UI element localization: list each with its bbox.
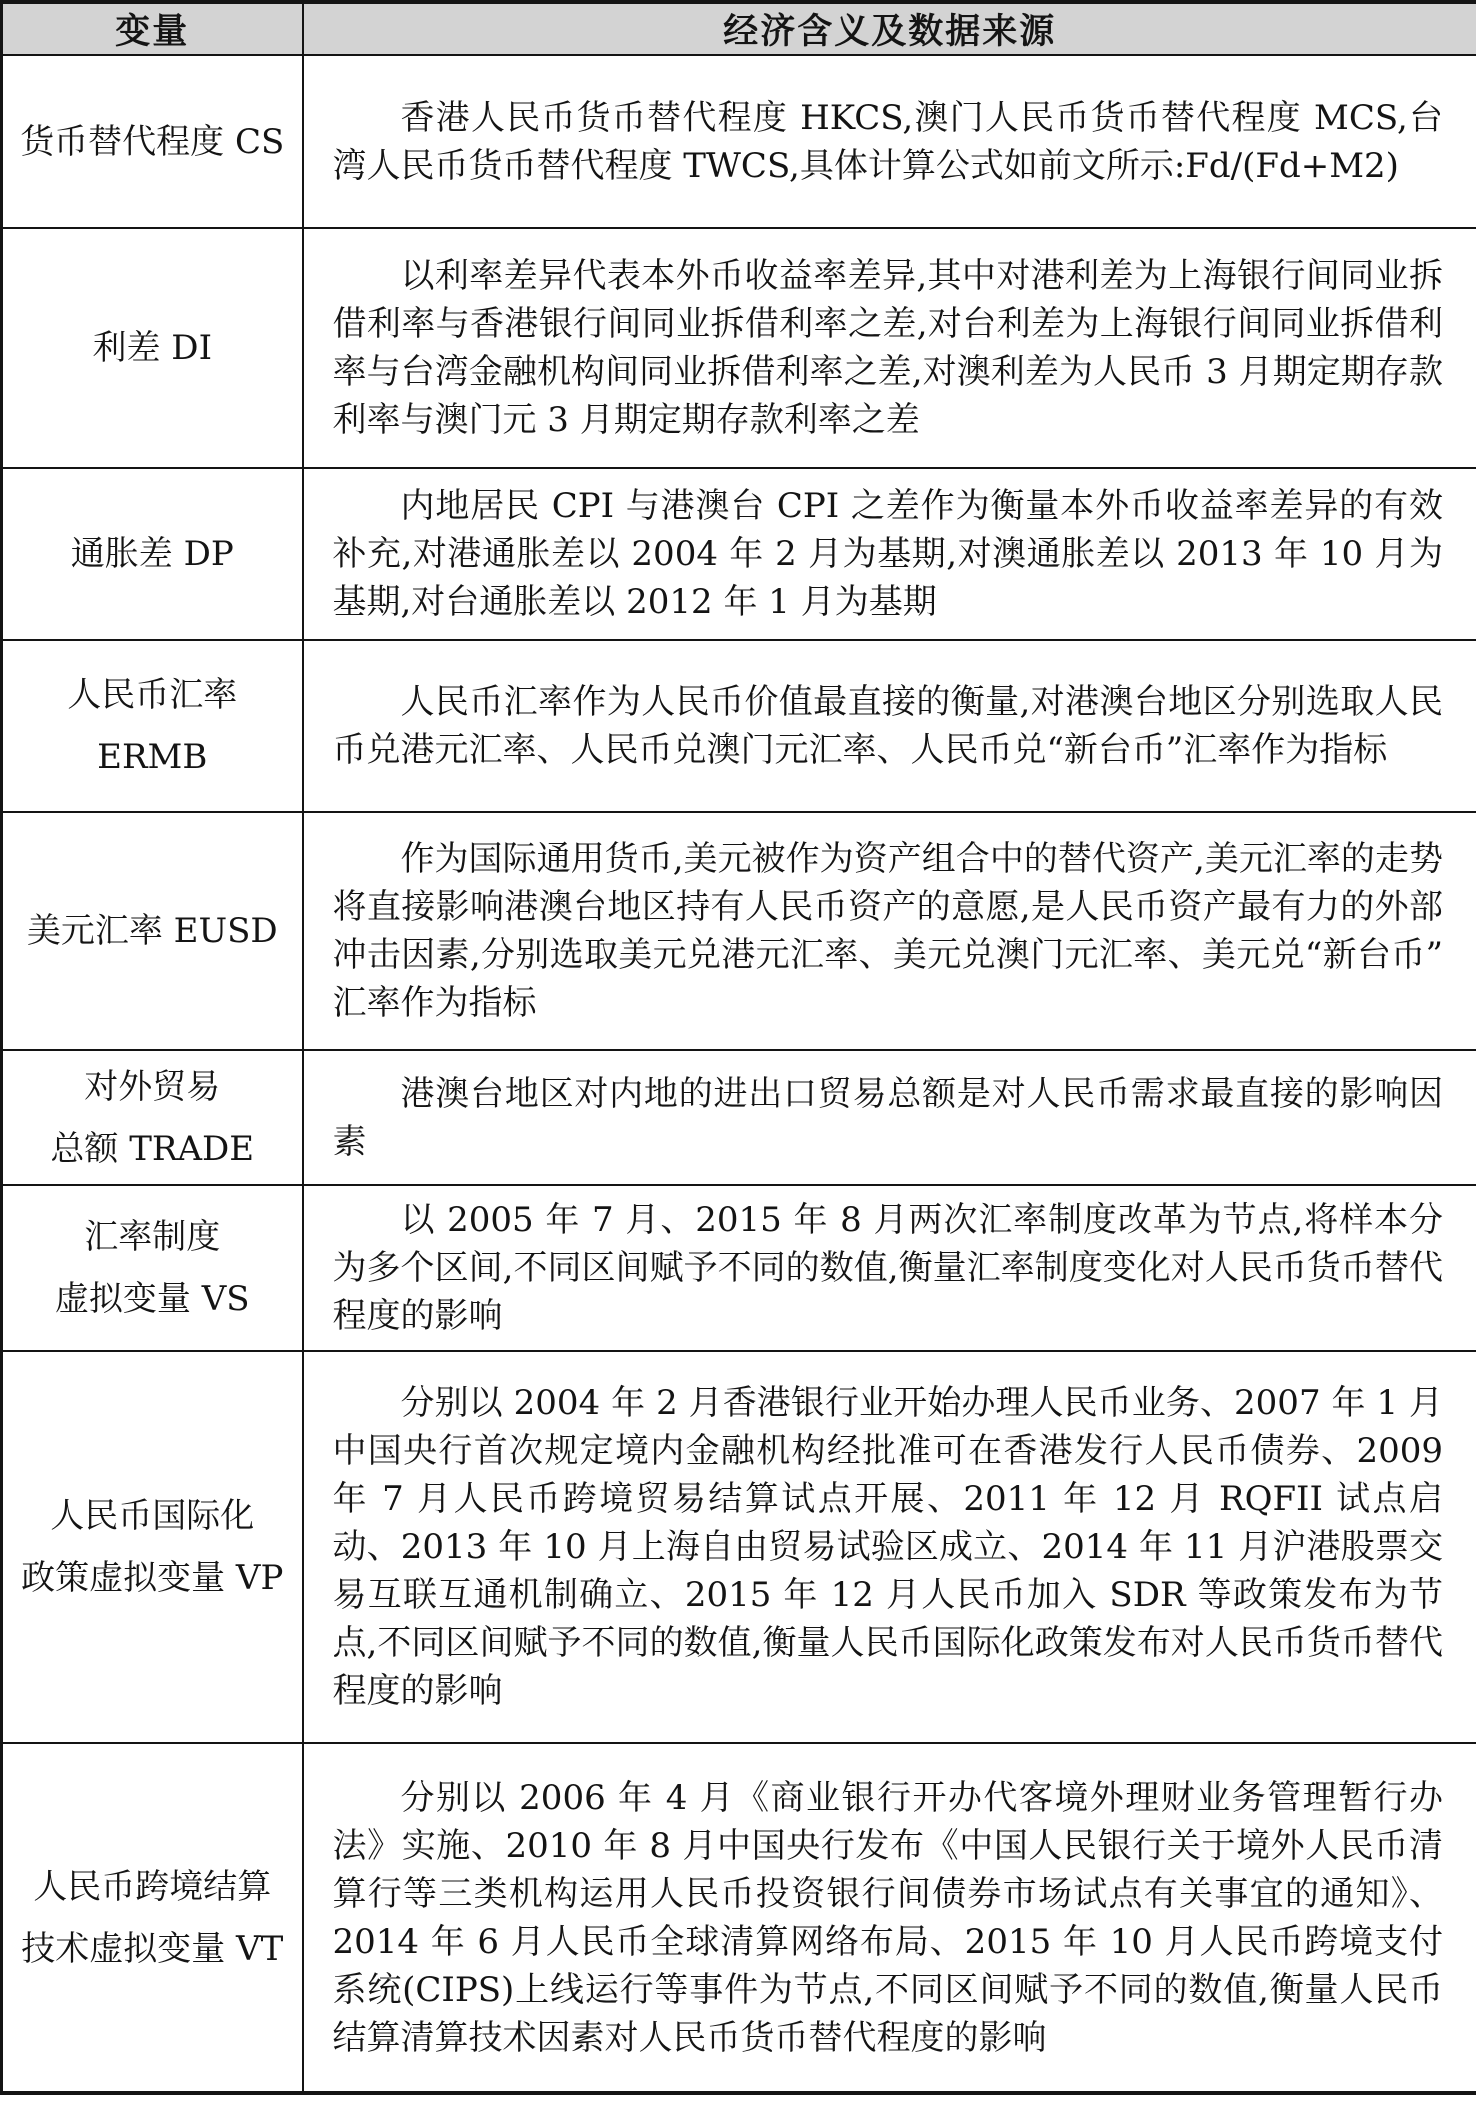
table-row: 人民币汇率 ERMB 人民币汇率作为人民币价值最直接的衡量,对港澳台地区分别选取… xyxy=(2,640,1476,812)
variable-cell: 通胀差 DP xyxy=(2,468,303,640)
scanned-page: 变量 经济含义及数据来源 货币替代程度 CS 香港人民币货币替代程度 HKCS,… xyxy=(0,0,1476,2108)
table-row: 对外贸易 总额 TRADE 港澳台地区对内地的进出口贸易总额是对人民币需求最直接… xyxy=(2,1050,1476,1185)
description-cell: 分别以 2006 年 4 月《商业银行开办代客境外理财业务管理暂行办法》实施、2… xyxy=(303,1743,1476,2093)
table-header-row: 变量 经济含义及数据来源 xyxy=(2,2,1476,55)
variable-cell: 货币替代程度 CS xyxy=(2,55,303,228)
table-row: 美元汇率 EUSD 作为国际通用货币,美元被作为资产组合中的替代资产,美元汇率的… xyxy=(2,812,1476,1050)
variable-cell: 人民币汇率 ERMB xyxy=(2,640,303,812)
description-cell: 香港人民币货币替代程度 HKCS,澳门人民币货币替代程度 MCS,台湾人民币货币… xyxy=(303,55,1476,228)
variable-cell: 汇率制度 虚拟变量 VS xyxy=(2,1185,303,1351)
column-header-meaning: 经济含义及数据来源 xyxy=(303,2,1476,55)
table-row: 货币替代程度 CS 香港人民币货币替代程度 HKCS,澳门人民币货币替代程度 M… xyxy=(2,55,1476,228)
table-row: 利差 DI 以利率差异代表本外币收益率差异,其中对港利差为上海银行间同业拆借利率… xyxy=(2,228,1476,468)
variable-cell: 人民币跨境结算 技术虚拟变量 VT xyxy=(2,1743,303,2093)
description-cell: 作为国际通用货币,美元被作为资产组合中的替代资产,美元汇率的走势将直接影响港澳台… xyxy=(303,812,1476,1050)
column-header-variable: 变量 xyxy=(2,2,303,55)
description-cell: 分别以 2004 年 2 月香港银行业开始办理人民币业务、2007 年 1 月中… xyxy=(303,1351,1476,1743)
variable-cell: 利差 DI xyxy=(2,228,303,468)
description-cell: 港澳台地区对内地的进出口贸易总额是对人民币需求最直接的影响因素 xyxy=(303,1050,1476,1185)
description-cell: 以 2005 年 7 月、2015 年 8 月两次汇率制度改革为节点,将样本分为… xyxy=(303,1185,1476,1351)
table-row: 人民币跨境结算 技术虚拟变量 VT 分别以 2006 年 4 月《商业银行开办代… xyxy=(2,1743,1476,2093)
description-cell: 内地居民 CPI 与港澳台 CPI 之差作为衡量本外币收益率差异的有效补充,对港… xyxy=(303,468,1476,640)
variable-cell: 人民币国际化 政策虚拟变量 VP xyxy=(2,1351,303,1743)
table-row: 通胀差 DP 内地居民 CPI 与港澳台 CPI 之差作为衡量本外币收益率差异的… xyxy=(2,468,1476,640)
table-row: 人民币国际化 政策虚拟变量 VP 分别以 2004 年 2 月香港银行业开始办理… xyxy=(2,1351,1476,1743)
variable-cell: 美元汇率 EUSD xyxy=(2,812,303,1050)
variables-table: 变量 经济含义及数据来源 货币替代程度 CS 香港人民币货币替代程度 HKCS,… xyxy=(0,0,1476,2095)
description-cell: 以利率差异代表本外币收益率差异,其中对港利差为上海银行间同业拆借利率与香港银行间… xyxy=(303,228,1476,468)
table-row: 汇率制度 虚拟变量 VS 以 2005 年 7 月、2015 年 8 月两次汇率… xyxy=(2,1185,1476,1351)
description-cell: 人民币汇率作为人民币价值最直接的衡量,对港澳台地区分别选取人民币兑港元汇率、人民… xyxy=(303,640,1476,812)
variable-cell: 对外贸易 总额 TRADE xyxy=(2,1050,303,1185)
